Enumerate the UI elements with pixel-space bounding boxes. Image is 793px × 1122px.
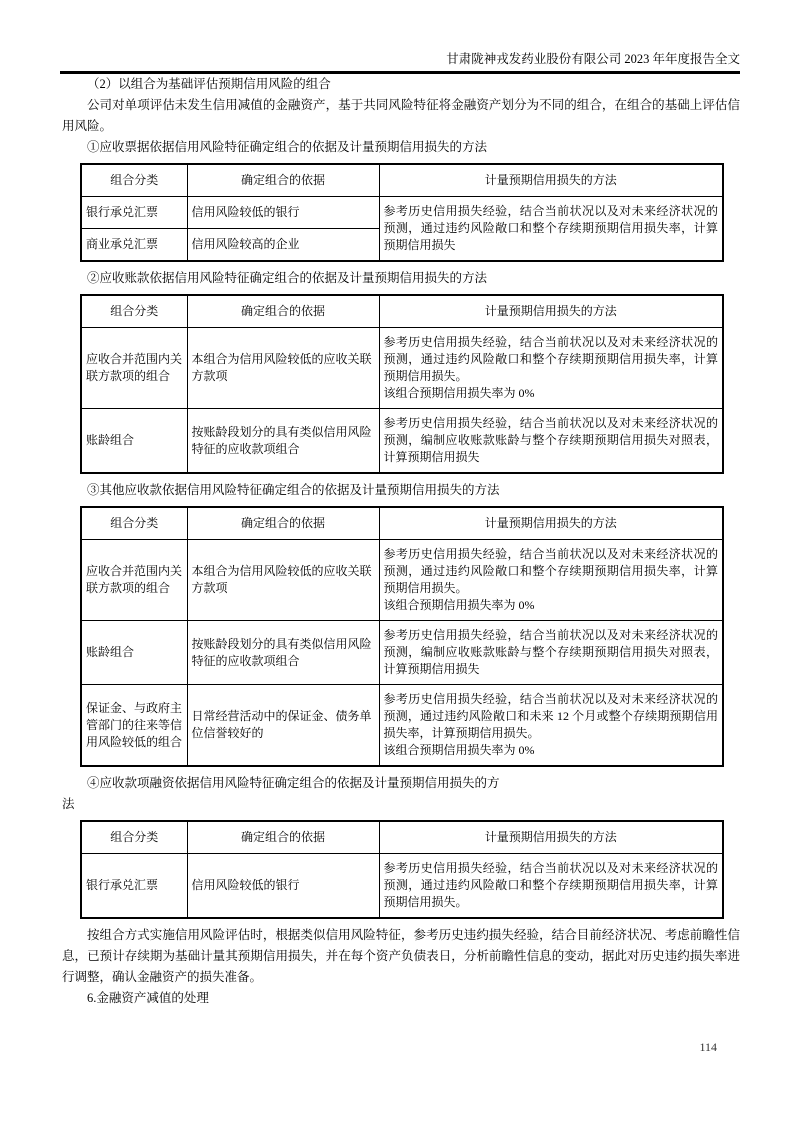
cell-category: 保证金、与政府主管部门的往来等信用风险较低的组合 [81,685,187,767]
cell-category: 银行承兑汇票 [81,854,187,919]
cell-basis: 信用风险较低的银行 [187,854,379,919]
notes-receivable-portfolio-table: 组合分类 确定组合的依据 计量预期信用损失的方法 银行承兑汇票 信用风险较低的银… [80,163,724,262]
column-header-category: 组合分类 [81,295,187,328]
cell-category: 应收合并范围内关联方款项的组合 [81,540,187,621]
table-row: 账龄组合 按账龄段划分的具有类似信用风险特征的应收款项组合 参考历史信用损失经验… [81,621,723,685]
cell-category: 账龄组合 [81,621,187,685]
column-header-basis: 确定组合的依据 [187,507,379,540]
cell-method: 参考历史信用损失经验，结合当前状况以及对未来经济状况的预测，通过违约风险敞口和整… [379,328,723,409]
cell-basis: 按账龄段划分的具有类似信用风险特征的应收款项组合 [187,409,379,474]
column-header-method: 计量预期信用损失的方法 [379,164,723,197]
page-content: （2）以组合为基础评估预期信用风险的组合 公司对单项评估未发生信用减值的金融资产… [62,74,740,1009]
table-row: 银行承兑汇票 信用风险较低的银行 参考历史信用损失经验，结合当前状况以及对未来经… [81,854,723,919]
section-2-heading: （2）以组合为基础评估预期信用风险的组合 [62,74,740,95]
column-header-basis: 确定组合的依据 [187,164,379,197]
table-row: 保证金、与政府主管部门的往来等信用风险较低的组合 日常经营活动中的保证金、债务单… [81,685,723,767]
item-2-heading: ②应收账款依据信用风险特征确定组合的依据及计量预期信用损失的方法 [62,268,740,289]
column-header-category: 组合分类 [81,164,187,197]
column-header-method: 计量预期信用损失的方法 [379,507,723,540]
other-receivables-portfolio-table: 组合分类 确定组合的依据 计量预期信用损失的方法 应收合并范围内关联方款项的组合… [80,506,724,767]
cell-method: 参考历史信用损失经验，结合当前状况以及对未来经济状况的预测，通过违约风险敞口和整… [379,854,723,919]
cell-method: 参考历史信用损失经验，结合当前状况以及对未来经济状况的预测，编制应收账款账龄与整… [379,409,723,474]
table-header-row: 组合分类 确定组合的依据 计量预期信用损失的方法 [81,821,723,854]
table-row: 账龄组合 按账龄段划分的具有类似信用风险特征的应收款项组合 参考历史信用损失经验… [81,409,723,474]
table-row: 应收合并范围内关联方款项的组合 本组合为信用风险较低的应收关联方款项 参考历史信… [81,328,723,409]
cell-category: 商业承兑汇票 [81,228,187,261]
cell-method: 参考历史信用损失经验，结合当前状况以及对未来经济状况的预测，通过违约风险敞口和未… [379,685,723,767]
item-1-heading: ①应收票据依据信用风险特征确定组合的依据及计量预期信用损失的方法 [62,137,740,158]
cell-basis: 本组合为信用风险较低的应收关联方款项 [187,540,379,621]
page-header: 甘肃陇神戎发药业股份有限公司 2023 年年度报告全文 [62,52,740,67]
column-header-method: 计量预期信用损失的方法 [379,821,723,854]
page-number: 114 [699,1040,717,1055]
column-header-basis: 确定组合的依据 [187,821,379,854]
cell-basis: 信用风险较低的银行 [187,197,379,229]
table-header-row: 组合分类 确定组合的依据 计量预期信用损失的方法 [81,295,723,328]
accounts-receivable-portfolio-table: 组合分类 确定组合的依据 计量预期信用损失的方法 应收合并范围内关联方款项的组合… [80,294,724,474]
column-header-category: 组合分类 [81,821,187,854]
cell-category: 银行承兑汇票 [81,197,187,229]
cell-category: 应收合并范围内关联方款项的组合 [81,328,187,409]
cell-method: 参考历史信用损失经验，结合当前状况以及对未来经济状况的预测，编制应收账款账龄与整… [379,621,723,685]
cell-basis: 本组合为信用风险较低的应收关联方款项 [187,328,379,409]
cell-basis: 信用风险较高的企业 [187,228,379,261]
column-header-method: 计量预期信用损失的方法 [379,295,723,328]
report-title: 甘肃陇神戎发药业股份有限公司 2023 年年度报告全文 [446,52,740,66]
receivables-financing-portfolio-table: 组合分类 确定组合的依据 计量预期信用损失的方法 银行承兑汇票 信用风险较低的银… [80,820,724,919]
item-4-heading-line1: ④应收款项融资依据信用风险特征确定组合的依据及计量预期信用损失的方 [62,773,740,794]
item-3-heading: ③其他应收款依据信用风险特征确定组合的依据及计量预期信用损失的方法 [62,480,740,501]
cell-basis: 按账龄段划分的具有类似信用风险特征的应收款项组合 [187,621,379,685]
cell-method-merged: 参考历史信用损失经验，结合当前状况以及对未来经济状况的预测，通过违约风险敞口和整… [379,197,723,262]
section-6-heading: 6.金融资产减值的处理 [62,988,740,1009]
document-page: 甘肃陇神戎发药业股份有限公司 2023 年年度报告全文 （2）以组合为基础评估预… [0,0,793,1122]
table-row: 银行承兑汇票 信用风险较低的银行 参考历史信用损失经验，结合当前状况以及对未来经… [81,197,723,229]
column-header-category: 组合分类 [81,507,187,540]
table-row: 应收合并范围内关联方款项的组合 本组合为信用风险较低的应收关联方款项 参考历史信… [81,540,723,621]
table-header-row: 组合分类 确定组合的依据 计量预期信用损失的方法 [81,507,723,540]
table-header-row: 组合分类 确定组合的依据 计量预期信用损失的方法 [81,164,723,197]
item-4-heading-line2: 法 [62,794,740,815]
column-header-basis: 确定组合的依据 [187,295,379,328]
intro-paragraph: 公司对单项评估未发生信用减值的金融资产，基于共同风险特征将金融资产划分为不同的组… [62,95,740,137]
cell-basis: 日常经营活动中的保证金、债务单位信誉较好的 [187,685,379,767]
cell-category: 账龄组合 [81,409,187,474]
closing-paragraph: 按组合方式实施信用风险评估时，根据类似信用风险特征，参考历史违约损失经验，结合目… [62,925,740,988]
cell-method: 参考历史信用损失经验，结合当前状况以及对未来经济状况的预测，通过违约风险敞口和整… [379,540,723,621]
